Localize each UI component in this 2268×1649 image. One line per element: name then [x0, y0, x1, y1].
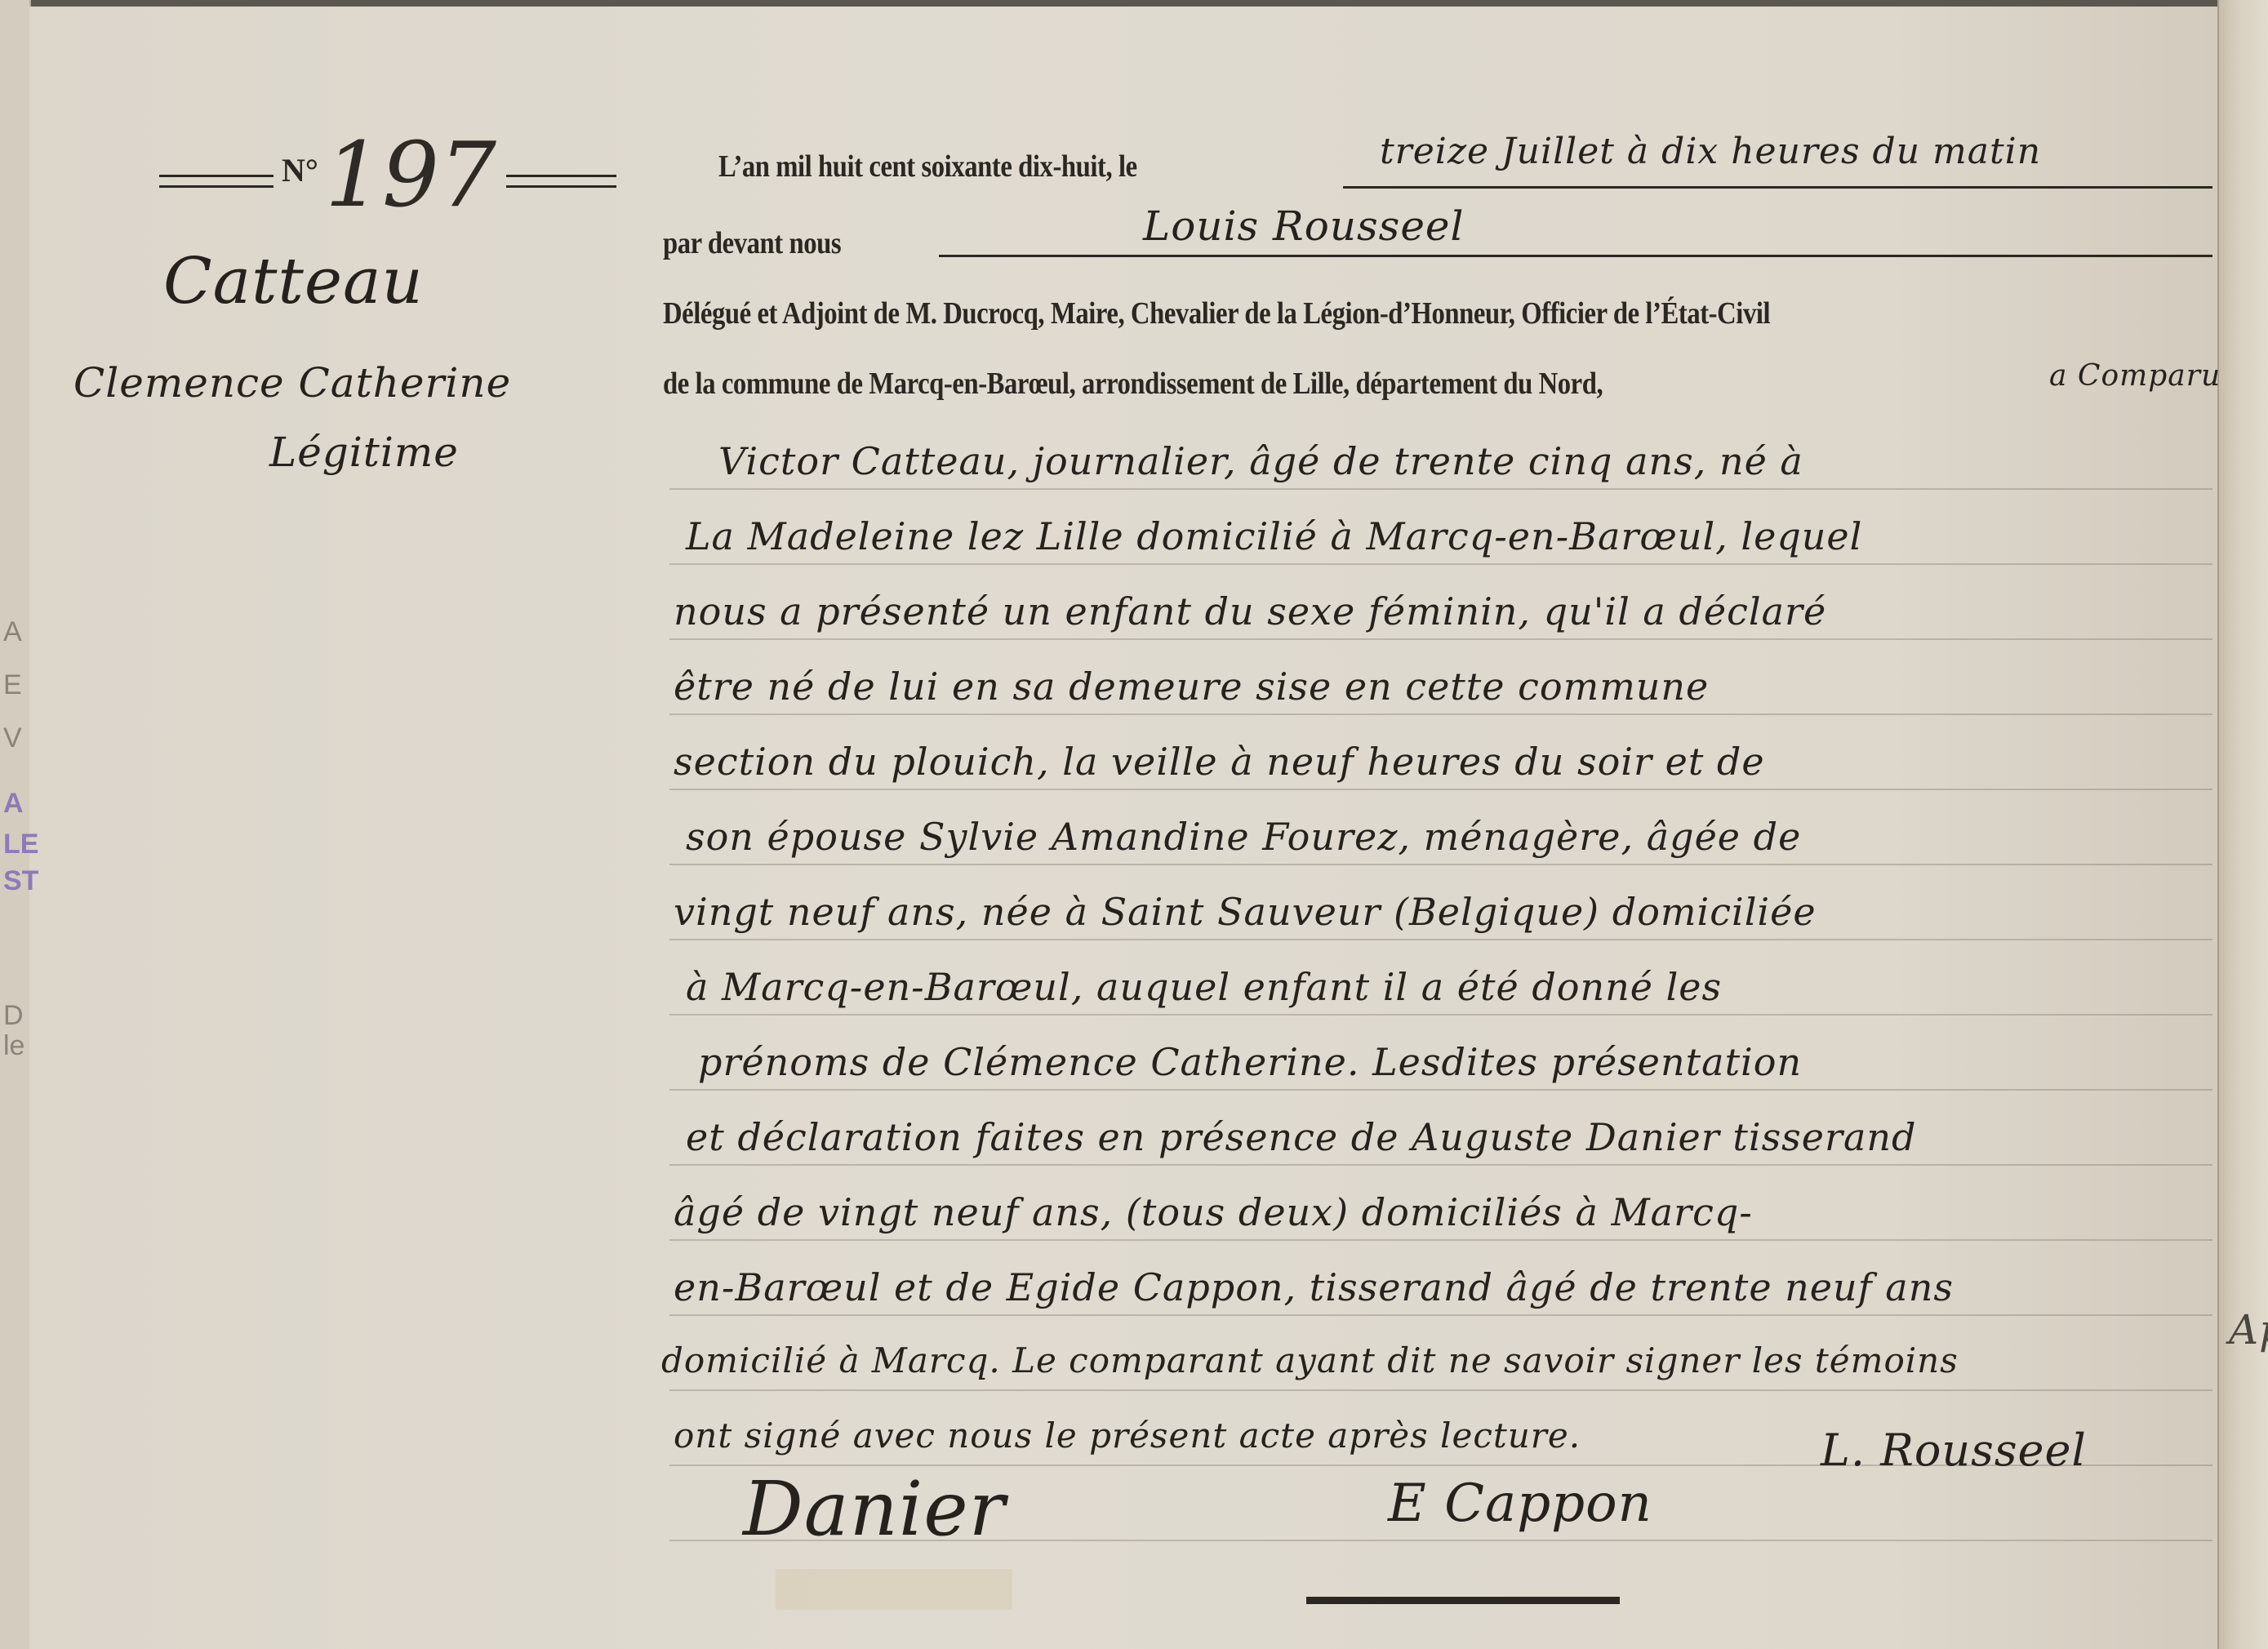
body-line: Victor Catteau, journalier, âgé de trent…: [718, 439, 1803, 483]
handwritten-date: treize Juillet à dix heures du matin: [1380, 131, 2041, 172]
ruled-line: [669, 488, 2212, 490]
edge-fragment: D: [3, 1000, 24, 1032]
margin-surname: Catteau: [163, 245, 424, 318]
printed-line-title: Délégué et Adjoint de M. Ducrocq, Maire,…: [663, 296, 1770, 331]
body-line: vingt neuf ans, née à Saint Sauveur (Bel…: [674, 890, 1817, 934]
printed-line-date: L’an mil huit cent soixante dix-huit, le: [718, 149, 1137, 184]
signature-witness-danier: Danier: [743, 1465, 1006, 1553]
body-line: âgé de vingt neuf ans, (tous deux) domic…: [674, 1190, 1753, 1234]
printed-line-commune: de la commune de Marcq-en-Barœul, arrond…: [663, 366, 1603, 402]
book-gutter-right: [2217, 0, 2268, 1649]
ruled-line: [669, 1089, 2212, 1091]
body-line: prénoms de Clémence Catherine. Lesdites …: [698, 1040, 1802, 1084]
stamp-fragment: LE: [3, 829, 38, 860]
body-line: son épouse Sylvie Amandine Fourez, ménag…: [686, 815, 1801, 859]
ruled-line: [669, 1314, 2212, 1316]
stamp-fragment: A: [3, 788, 24, 820]
edge-fragment: V: [3, 722, 22, 754]
ruled-line: [669, 1239, 2212, 1241]
edge-fragment: E: [3, 669, 22, 701]
body-line: en-Barœul et de Egide Cappon, tisserand …: [674, 1265, 1954, 1309]
body-line: nous a présenté un enfant du sexe fémini…: [674, 589, 1826, 633]
ruled-line: [669, 1164, 2212, 1166]
edge-fragment: A: [3, 616, 22, 648]
margin-given-names: Clemence Catherine: [73, 359, 511, 407]
body-line: être né de lui en sa demeure sise en cet…: [674, 664, 1709, 709]
act-number-label: N°: [282, 151, 318, 189]
ruled-line: [669, 638, 2212, 640]
end-of-act-rule: [1306, 1597, 1620, 1604]
ruled-line: [669, 939, 2212, 940]
body-line: ont signé avec nous le présent acte aprè…: [674, 1416, 1581, 1456]
edge-fragment: le: [3, 1030, 24, 1062]
body-line: section du plouich, la veille à neuf heu…: [674, 740, 1765, 784]
body-line: à Marcq-en-Barœul, auquel enfant il a ét…: [686, 965, 1722, 1009]
stamp-fragment: ST: [3, 865, 38, 897]
ruled-line: [669, 1014, 2212, 1016]
ruled-line: [669, 1389, 2212, 1391]
signature-witness-cappon: E Cappon: [1388, 1473, 1652, 1534]
ruled-line: [669, 713, 2212, 715]
book-top-edge: [0, 0, 2268, 7]
act-number: 197: [325, 122, 496, 227]
ruled-line: [669, 864, 2212, 865]
facing-page-edge: [0, 0, 31, 1649]
right-edge-fragment: Ap: [2229, 1306, 2268, 1353]
number-rule-left: [159, 175, 273, 188]
body-line: et déclaration faites en présence de Aug…: [686, 1115, 1916, 1159]
number-rule-right: [506, 175, 616, 188]
printed-line-officer: par devant nous: [663, 225, 841, 261]
ruled-line: [669, 789, 2212, 790]
fill-rule-date: [1343, 186, 2212, 189]
margin-status: Légitime: [269, 429, 459, 476]
body-line: La Madeleine lez Lille domicilié à Marcq…: [686, 514, 1862, 558]
body-line: domicilié à Marcq. Le comparant ayant di…: [661, 1340, 1959, 1380]
handwritten-officer: Louis Rousseel: [1143, 202, 1465, 250]
handwritten-comparu: a Comparu: [2049, 359, 2221, 393]
signature-officer: L. Rousseel: [1821, 1425, 2087, 1476]
faded-print-mark: [776, 1569, 1012, 1610]
fill-rule-officer: [939, 255, 2212, 257]
ruled-line: [669, 563, 2212, 565]
